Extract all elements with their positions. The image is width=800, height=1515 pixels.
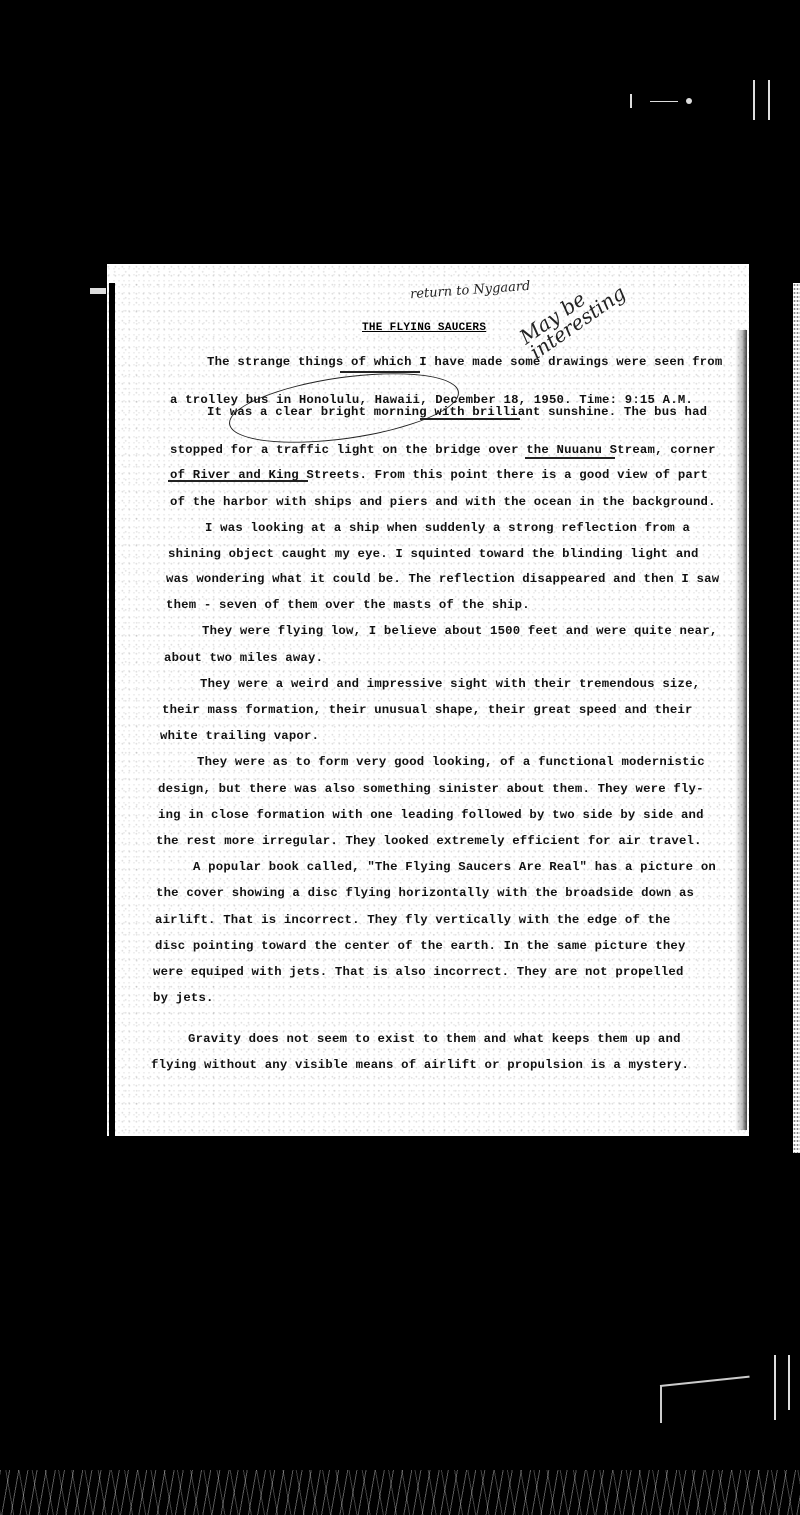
text-line: shining object caught my eye. I squinted… [168, 547, 699, 561]
top-film-artifact [620, 94, 710, 108]
text-line: were equiped with jets. That is also inc… [153, 965, 684, 979]
text-line: them - seven of them over the masts of t… [166, 598, 530, 612]
film-edge-stripe [774, 1355, 776, 1420]
page-shadow [735, 330, 747, 1130]
text-line: the rest more irregular. They looked ext… [156, 834, 702, 848]
text-line: their mass formation, their unusual shap… [162, 703, 693, 717]
page-tab-marker [90, 288, 106, 294]
text-line: Gravity does not seem to exist to them a… [188, 1032, 681, 1046]
text-line: It was a clear bright morning with brill… [207, 405, 707, 419]
film-edge-stripe [788, 1355, 790, 1410]
text-line: stopped for a traffic light on the bridg… [170, 443, 716, 457]
page-binding-edge [109, 283, 115, 1138]
text-line: design, but there was also something sin… [158, 782, 704, 796]
text-line: airlift. That is incorrect. They fly ver… [155, 913, 670, 927]
text-line: They were as to form very good looking, … [197, 755, 705, 769]
text-line: ing in close formation with one leading … [158, 808, 704, 822]
underline-annotation [525, 457, 615, 459]
text-line: They were flying low, I believe about 15… [202, 624, 717, 638]
text-line: of River and King Streets. From this poi… [170, 468, 708, 482]
text-line: white trailing vapor. [160, 729, 319, 743]
text-line: A popular book called, "The Flying Sauce… [193, 860, 716, 874]
text-line: flying without any visible means of airl… [151, 1058, 689, 1072]
underline-annotation [340, 371, 420, 373]
text-line: They were a weird and impressive sight w… [200, 677, 700, 691]
text-line: by jets. [153, 991, 214, 1005]
film-scratch-noise [0, 1470, 800, 1515]
document-title: THE FLYING SAUCERS [362, 322, 486, 334]
film-edge-stripe [753, 80, 755, 120]
text-line: the cover showing a disc flying horizont… [156, 886, 694, 900]
text-line: was wondering what it could be. The refl… [166, 572, 719, 586]
text-line: disc pointing toward the center of the e… [155, 939, 686, 953]
text-line: I was looking at a ship when suddenly a … [205, 521, 690, 535]
text-line: about two miles away. [164, 651, 323, 665]
film-edge-stripe [768, 80, 770, 120]
text-line: of the harbor with ships and piers and w… [170, 495, 716, 509]
text-line: The strange things of which I have made … [207, 355, 722, 369]
bottom-film-artifact [660, 1385, 760, 1430]
adjacent-page-strip [793, 283, 800, 1153]
